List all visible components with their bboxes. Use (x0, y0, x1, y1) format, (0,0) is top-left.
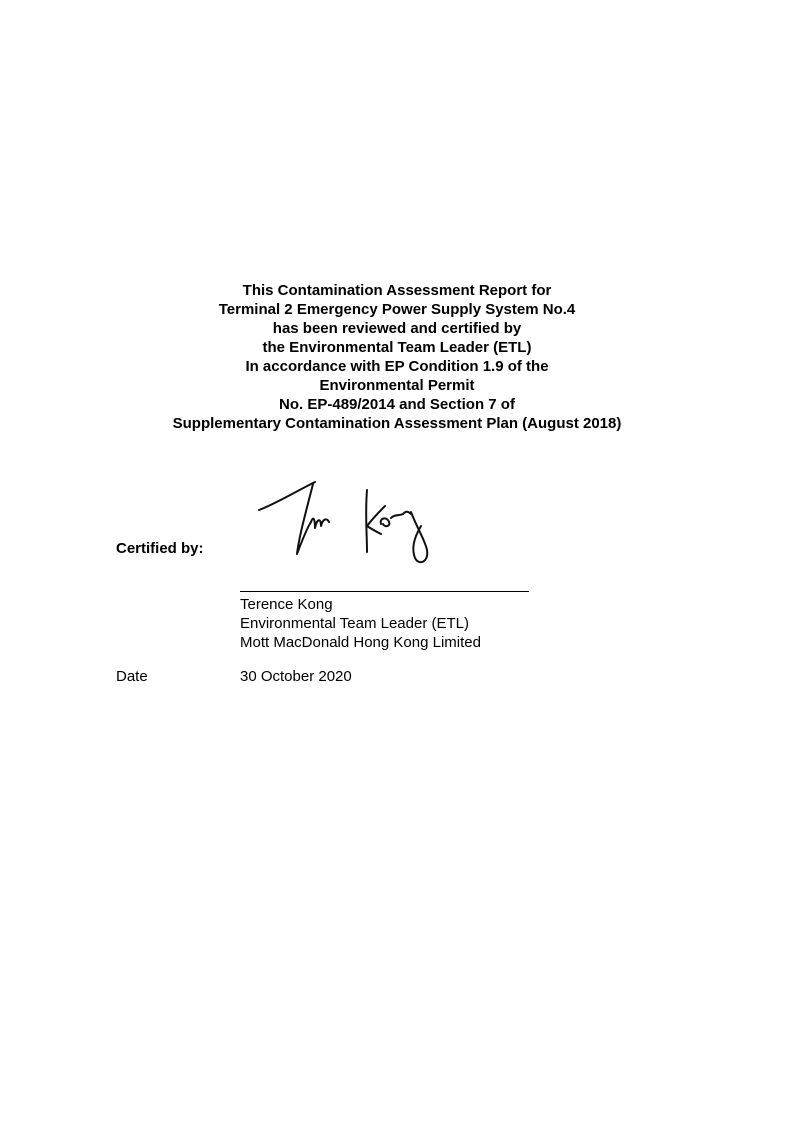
certification-statement: This Contamination Assessment Report for… (0, 281, 794, 433)
signer-block: Terence Kong Environmental Team Leader (… (240, 595, 481, 652)
signature-icon (255, 478, 455, 568)
signer-company: Mott MacDonald Hong Kong Limited (240, 633, 481, 652)
cert-line: No. EP-489/2014 and Section 7 of (0, 395, 794, 414)
signer-name: Terence Kong (240, 595, 481, 614)
cert-line: This Contamination Assessment Report for (0, 281, 794, 300)
cert-line: has been reviewed and certified by (0, 319, 794, 338)
cert-line: In accordance with EP Condition 1.9 of t… (0, 357, 794, 376)
cert-line: Supplementary Contamination Assessment P… (0, 414, 794, 433)
cert-line: Terminal 2 Emergency Power Supply System… (0, 300, 794, 319)
cert-line: the Environmental Team Leader (ETL) (0, 338, 794, 357)
certified-by-label: Certified by: (116, 540, 204, 557)
signer-title: Environmental Team Leader (ETL) (240, 614, 481, 633)
date-label: Date (116, 668, 148, 685)
signature-line (240, 591, 529, 592)
date-value: 30 October 2020 (240, 668, 352, 685)
cert-line: Environmental Permit (0, 376, 794, 395)
